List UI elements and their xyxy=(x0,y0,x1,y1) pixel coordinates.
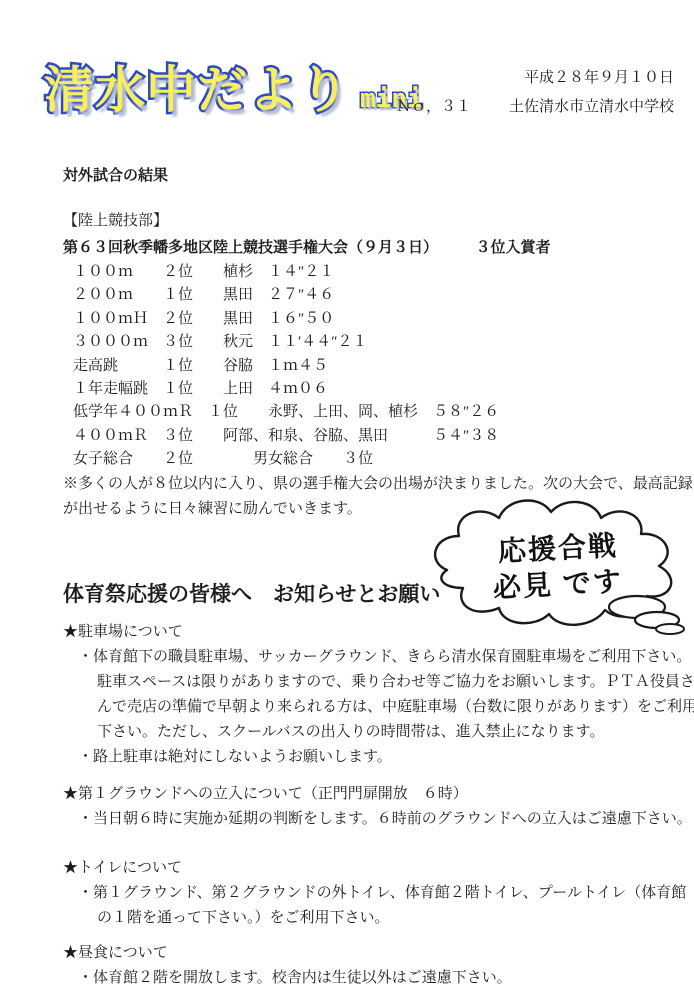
header-meta: 平成２８年９月１０日 Ｎｏ，３１ 土佐清水市立清水中学校 xyxy=(396,64,674,122)
issue-date: 平成２８年９月１０日 xyxy=(396,64,674,93)
notice-line: ・当日朝６時に実施か延期の判断をします。６時前のグラウンドへの立入はご遠慮下さい… xyxy=(63,807,685,832)
notice-line: ・路上駐車は絶対にしないようお願いします。 xyxy=(63,745,685,770)
cloud-text-line1: 応援合戦 xyxy=(497,529,619,567)
newsletter-logo: 清水中だよりmini xyxy=(44,50,423,122)
newsletter-page: 清水中だよりmini 平成２８年９月１０日 Ｎｏ，３１ 土佐清水市立清水中学校 … xyxy=(0,0,694,985)
notice-block-toilets: ★トイレについて ・第１グラウンド、第２グラウンドの外トイレ、体育館２階トイレ、… xyxy=(63,856,685,931)
block-heading: ★第１グラウンドへの立入について（正門門扉開放 ６時） xyxy=(63,782,685,807)
result-row: ３０００ｍ ３位 秋元 １１′４４″２１ xyxy=(63,331,683,354)
result-row: １００ｍＨ ２位 黒田 １６″５０ xyxy=(63,308,683,331)
results-note-line: が出せるように日々練習に励んでいきます。 xyxy=(63,497,683,522)
result-row: １００ｍ ２位 植杉 １４″２１ xyxy=(63,261,683,284)
result-row: １年走幅跳 １位 上田 ４ｍ０６ xyxy=(63,378,683,401)
results-note-line: ※多くの人が８位以内に入り、県の選手権大会の出場が決まりました。次の大会で、最高… xyxy=(63,472,683,497)
results-list: １００ｍ ２位 植杉 １４″２１ ２００ｍ １位 黒田 ２７″４６ １００ｍＨ … xyxy=(63,261,683,472)
notice-line: ・体育館下の職員駐車場、サッカーグラウンド、きらら清水保育園駐車場をご利用下さい… xyxy=(63,645,685,670)
results-section: 対外試合の結果 【陸上競技部】 第６３回秋季幡多地区陸上競技選手権大会（９月３日… xyxy=(63,166,683,522)
notice-block-ground-entry: ★第１グラウンドへの立入について（正門門扉開放 ６時） ・当日朝６時に実施か延期… xyxy=(63,782,685,832)
issue-line: Ｎｏ，３１ 土佐清水市立清水中学校 xyxy=(396,93,674,122)
notice-line: 下さい。ただし、スクールバスの出入りの時間帯は、進入禁止になります。 xyxy=(63,720,685,745)
result-row: 低学年４００ｍＲ １位 永野、上田、岡、植杉 ５８″２６ xyxy=(63,401,683,424)
notice-line: 駐車スペースは限りがありますので、乗り合わせ等ご協力をお願いします。ＰＴＡ役員さ xyxy=(63,670,685,695)
club-name: 【陸上競技部】 xyxy=(63,211,683,232)
result-row: ４００ｍＲ ３位 阿部、和泉、谷脇、黒田 ５４″３８ xyxy=(63,425,683,448)
block-heading: ★トイレについて xyxy=(63,856,685,881)
notice-section: 体育祭応援の皆様へ お知らせとお願い ★駐車場について ・体育館下の職員駐車場、… xyxy=(63,580,685,985)
results-heading: 対外試合の結果 xyxy=(63,166,683,185)
notice-line: の１階を通って下さい。）をご利用下さい。 xyxy=(63,906,685,931)
notice-block-parking: ★駐車場について ・体育館下の職員駐車場、サッカーグラウンド、きらら清水保育園駐… xyxy=(63,620,685,770)
notice-line: ・第１グラウンド、第２グラウンドの外トイレ、体育館２階トイレ、プールトイレ（体育… xyxy=(63,881,685,906)
notice-line: んで売店の準備で早朝より来られる方は、中庭駐車場（台数に限りがあります）をご利用 xyxy=(63,695,685,720)
logo-title-text: 清水中だより xyxy=(44,61,350,119)
meet-title: 第６３回秋季幡多地区陸上競技選手権大会（９月３日） ３位入賞者 xyxy=(63,237,683,259)
result-row: 女子総合 ２位 男女総合 ３位 xyxy=(63,448,683,471)
school-name: 土佐清水市立清水中学校 xyxy=(509,93,674,122)
block-heading: ★駐車場について xyxy=(63,620,685,645)
result-row: 走高跳 １位 谷脇 １ｍ４５ xyxy=(63,355,683,378)
notice-line: ・体育館２階を開放します。校舎内は生徒以外はご遠慮下さい。 xyxy=(63,966,685,985)
results-note: ※多くの人が８位以内に入り、県の選手権大会の出場が決まりました。次の大会で、最高… xyxy=(63,472,683,522)
notice-heading: 体育祭応援の皆様へ お知らせとお願い xyxy=(63,580,685,610)
issue-number: Ｎｏ，３１ xyxy=(396,93,471,122)
result-row: ２００ｍ １位 黒田 ２７″４６ xyxy=(63,284,683,307)
block-heading: ★昼食について xyxy=(63,941,685,966)
notice-block-lunch: ★昼食について ・体育館２階を開放します。校舎内は生徒以外はご遠慮下さい。 xyxy=(63,941,685,985)
